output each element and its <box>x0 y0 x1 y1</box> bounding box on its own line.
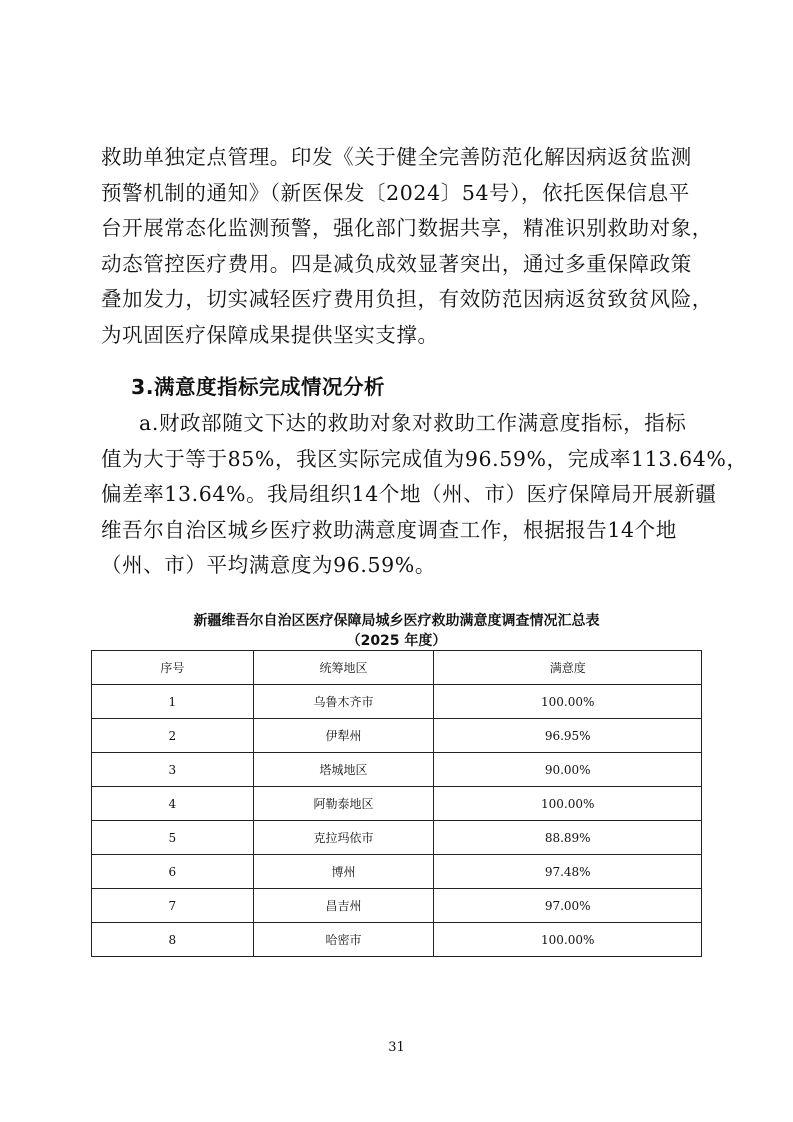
table-title: 新疆维吾尔自治区医疗保障局城乡医疗救助满意度调查情况汇总表 <box>0 610 793 630</box>
cell-index: 5 <box>92 821 254 855</box>
cell-satisfaction: 97.00% <box>434 889 702 923</box>
cell-satisfaction: 97.48% <box>434 855 702 889</box>
cell-index: 1 <box>92 685 254 719</box>
text-line: 偏差率13.64%。我局组织14个地（州、市）医疗保障局开展新疆 <box>101 477 701 513</box>
text-line: a.财政部随文下达的救助对象对救助工作满意度指标，指标 <box>101 406 701 442</box>
satisfaction-table: 序号 统筹地区 满意度 1 乌鲁木齐市 100.00% 2 伊犁州 96.95%… <box>91 650 702 957</box>
cell-index: 7 <box>92 889 254 923</box>
table-row: 3 塔城地区 90.00% <box>92 753 702 787</box>
cell-satisfaction: 100.00% <box>434 923 702 957</box>
cell-region: 乌鲁木齐市 <box>253 685 434 719</box>
table-row: 2 伊犁州 96.95% <box>92 719 702 753</box>
table-row: 4 阿勒泰地区 100.00% <box>92 787 702 821</box>
cell-satisfaction: 96.95% <box>434 719 702 753</box>
cell-index: 2 <box>92 719 254 753</box>
cell-region: 塔城地区 <box>253 753 434 787</box>
cell-index: 4 <box>92 787 254 821</box>
cell-region: 阿勒泰地区 <box>253 787 434 821</box>
cell-satisfaction: 100.00% <box>434 685 702 719</box>
cell-satisfaction: 88.89% <box>434 821 702 855</box>
cell-satisfaction: 90.00% <box>434 753 702 787</box>
table-row: 7 昌吉州 97.00% <box>92 889 702 923</box>
page-number: 31 <box>0 1040 793 1055</box>
cell-index: 3 <box>92 753 254 787</box>
cell-region: 伊犁州 <box>253 719 434 753</box>
header-satisfaction: 满意度 <box>434 651 702 685</box>
body-paragraph-1: 救助单独定点管理。印发《关于健全完善防范化解因病返贫监测 预警机制的通知》（新医… <box>101 140 701 353</box>
text-line: 动态管控医疗费用。四是减负成效显著突出，通过多重保障政策 <box>101 247 701 283</box>
cell-region: 昌吉州 <box>253 889 434 923</box>
text-line: （州、市）平均满意度为96.59%。 <box>101 548 701 584</box>
cell-region: 哈密市 <box>253 923 434 957</box>
text-line: 预警机制的通知》（新医保发〔2024〕54号），依托医保信息平 <box>101 176 701 212</box>
text-line: 值为大于等于85%，我区实际完成值为96.59%，完成率113.64%， <box>101 442 701 478</box>
text-line: 救助单独定点管理。印发《关于健全完善防范化解因病返贫监测 <box>101 140 701 176</box>
header-index: 序号 <box>92 651 254 685</box>
table-row: 5 克拉玛依市 88.89% <box>92 821 702 855</box>
body-paragraph-2: a.财政部随文下达的救助对象对救助工作满意度指标，指标 值为大于等于85%，我区… <box>101 406 701 584</box>
text-line: 为巩固医疗保障成果提供坚实支撑。 <box>101 318 701 354</box>
table-header-row: 序号 统筹地区 满意度 <box>92 651 702 685</box>
cell-index: 8 <box>92 923 254 957</box>
cell-region: 克拉玛依市 <box>253 821 434 855</box>
text-line: 叠加发力，切实减轻医疗费用负担，有效防范因病返贫致贫风险， <box>101 282 701 318</box>
text-line: 维吾尔自治区城乡医疗救助满意度调查工作，根据报告14个地 <box>101 513 701 549</box>
cell-satisfaction: 100.00% <box>434 787 702 821</box>
table-subtitle: （2025 年度） <box>0 630 793 650</box>
header-region: 统筹地区 <box>253 651 434 685</box>
table-row: 6 博州 97.48% <box>92 855 702 889</box>
text-line: 台开展常态化监测预警，强化部门数据共享，精准识别救助对象， <box>101 211 701 247</box>
cell-index: 6 <box>92 855 254 889</box>
table-row: 8 哈密市 100.00% <box>92 923 702 957</box>
cell-region: 博州 <box>253 855 434 889</box>
section-heading: 3.满意度指标完成情况分析 <box>131 370 385 400</box>
table-row: 1 乌鲁木齐市 100.00% <box>92 685 702 719</box>
